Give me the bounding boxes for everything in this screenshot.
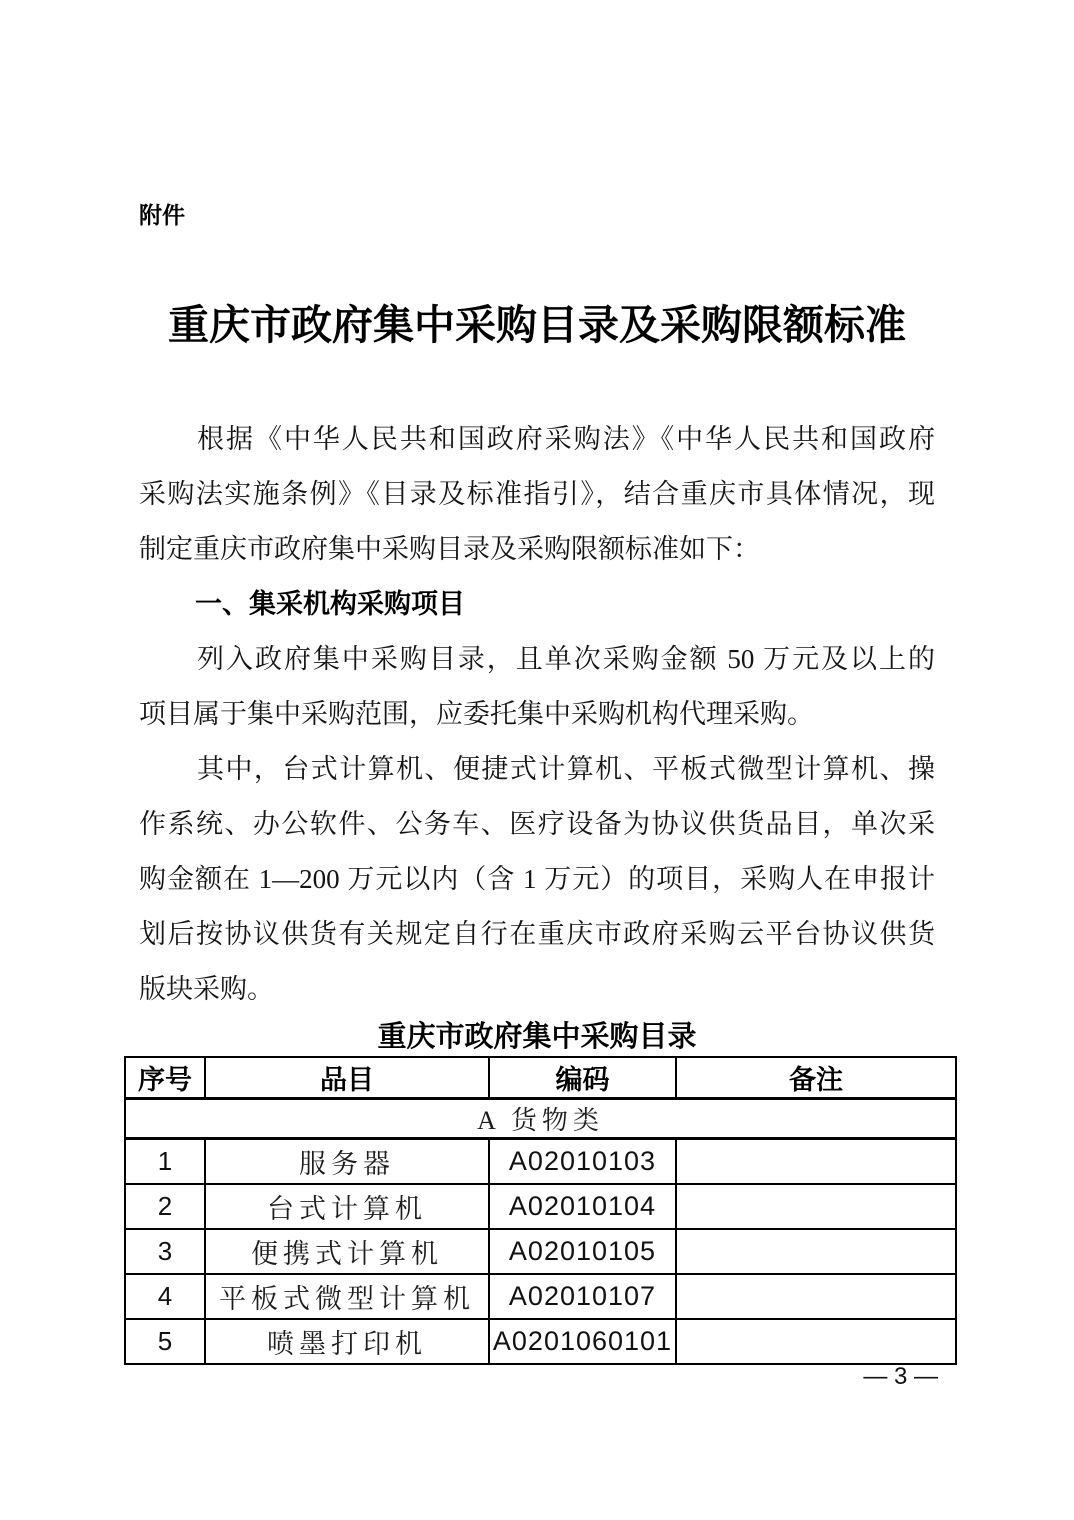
section-heading: 一、集采机构采购项目 — [139, 577, 935, 632]
column-header-note: 备注 — [676, 1057, 956, 1099]
row-item: 便携式计算机 — [205, 1229, 489, 1274]
row-note — [676, 1274, 956, 1319]
body-text-line: 划后按协议供货有关规定自行在重庆市政府采购云平台协议供货 — [139, 907, 935, 962]
row-code: A02010103 — [489, 1139, 676, 1184]
row-note — [676, 1229, 956, 1274]
row-code: A02010104 — [489, 1184, 676, 1229]
table-row: 5 喷墨打印机 A0201060101 — [125, 1319, 956, 1364]
row-no: 4 — [125, 1274, 205, 1319]
body-text-line: 根据《中华人民共和国政府采购法》《中华人民共和国政府 — [139, 412, 935, 467]
page-number: — 3 — — [863, 1362, 938, 1392]
body-text-line: 购金额在 1—200 万元以内（含 1 万元）的项目，采购人在申报计 — [139, 852, 935, 907]
table-row: 4 平板式微型计算机 A02010107 — [125, 1274, 956, 1319]
body-text-line: 其中，台式计算机、便捷式计算机、平板式微型计算机、操 — [139, 742, 935, 797]
body-text: 根据《中华人民共和国政府采购法》《中华人民共和国政府 采购法实施条例》《目录及标… — [139, 412, 935, 1017]
document-title: 重庆市政府集中采购目录及采购限额标准 — [0, 302, 1074, 348]
table-row: 2 台式计算机 A02010104 — [125, 1184, 956, 1229]
row-note — [676, 1319, 956, 1364]
body-text-line: 作系统、办公软件、公务车、医疗设备为协议供货品目，单次采 — [139, 797, 935, 852]
attachment-label: 附件 — [139, 200, 185, 230]
column-header-code: 编码 — [489, 1057, 676, 1099]
table-row: 1 服务器 A02010103 — [125, 1139, 956, 1184]
procurement-catalog-table: 序号 品目 编码 备注 A 货物类 1 服务器 A02010103 2 台式计算… — [124, 1056, 957, 1365]
row-item: 台式计算机 — [205, 1184, 489, 1229]
body-text-line: 制定重庆市政府集中采购目录及采购限额标准如下： — [139, 522, 935, 577]
row-note — [676, 1184, 956, 1229]
row-item: 平板式微型计算机 — [205, 1274, 489, 1319]
column-header-no: 序号 — [125, 1057, 205, 1099]
row-code: A02010107 — [489, 1274, 676, 1319]
category-label: A 货物类 — [125, 1099, 956, 1139]
table-title: 重庆市政府集中采购目录 — [0, 1019, 1074, 1055]
category-row-goods: A 货物类 — [125, 1099, 956, 1139]
table-header-row: 序号 品目 编码 备注 — [125, 1057, 956, 1099]
row-no: 3 — [125, 1229, 205, 1274]
document-page: 附件 重庆市政府集中采购目录及采购限额标准 根据《中华人民共和国政府采购法》《中… — [0, 0, 1074, 1520]
row-code: A0201060101 — [489, 1319, 676, 1364]
body-text-line: 项目属于集中采购范围，应委托集中采购机构代理采购。 — [139, 687, 935, 742]
row-no: 5 — [125, 1319, 205, 1364]
row-note — [676, 1139, 956, 1184]
row-no: 1 — [125, 1139, 205, 1184]
body-text-line: 版块采购。 — [139, 962, 935, 1017]
row-item: 喷墨打印机 — [205, 1319, 489, 1364]
table-row: 3 便携式计算机 A02010105 — [125, 1229, 956, 1274]
row-item: 服务器 — [205, 1139, 489, 1184]
row-no: 2 — [125, 1184, 205, 1229]
body-text-line: 采购法实施条例》《目录及标准指引》，结合重庆市具体情况，现 — [139, 467, 935, 522]
body-text-line: 列入政府集中采购目录，且单次采购金额 50 万元及以上的 — [139, 632, 935, 687]
column-header-item: 品目 — [205, 1057, 489, 1099]
row-code: A02010105 — [489, 1229, 676, 1274]
